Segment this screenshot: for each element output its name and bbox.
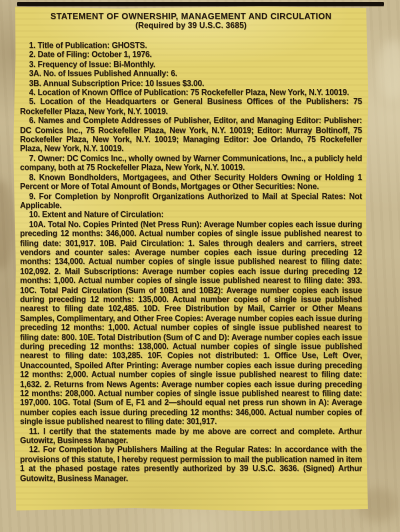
item-extent-nature-heading: 10. Extent and Nature of Circulation: [20,210,362,219]
item-frequency-of-issue: 3. Frequency of Issue: Bi-Monthly. [20,60,362,69]
item-certification: 11. I certify that the statements made b… [20,427,362,446]
item-issues-published-annually: 3A. No. of Issues Published Annually: 6. [20,69,362,78]
item-nonprofit-rates: 9. For Completion by Nonprofit Organizat… [20,192,362,211]
item-office-of-publication: 4. Location of Known Office of Publicati… [20,88,362,97]
top-border-rule [17,2,384,6]
item-regular-rates-request: 12. For Completion by Publishers Mailing… [20,445,362,483]
statute-subtitle: (Required by 39 U.S.C. 3685) [20,21,362,30]
item-bondholders: 8. Known Bondholders, Mortgagees, and Ot… [20,173,362,192]
page-title: STATEMENT OF OWNERSHIP, MANAGEMENT AND C… [20,11,362,21]
item-owner: 7. Owner: DC Comics Inc., wholly owned b… [20,154,362,173]
item-date-of-filing: 2. Date of Filing: October 1, 1976. [20,50,362,59]
item-circulation-figures: 10A. Total No. Copies Printed (Net Press… [20,220,362,427]
item-publisher-editor-names: 6. Names and Complete Addresses of Publi… [20,116,362,154]
paper-stain [378,40,400,100]
ownership-statement-clipping: STATEMENT OF OWNERSHIP, MANAGEMENT AND C… [13,6,369,512]
statement-body: 1. Title of Publication: GHOSTS. 2. Date… [20,41,362,483]
item-title-of-publication: 1. Title of Publication: GHOSTS. [20,41,362,50]
item-annual-subscription-price: 3B. Annual Subscription Price: 10 Issues… [20,79,362,88]
scanned-newsprint-page: STATEMENT OF OWNERSHIP, MANAGEMENT AND C… [0,0,400,532]
item-headquarters-location: 5. Location of the Headquarters or Gener… [20,97,362,116]
paper-stain [0,180,14,270]
